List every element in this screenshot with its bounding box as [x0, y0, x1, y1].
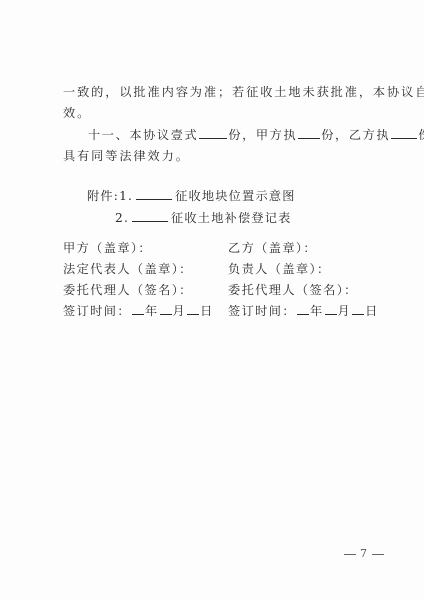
clause-prefix: 十一、本协议壹式: [88, 128, 198, 142]
attachment-title: 征收地块位置示意图: [175, 189, 296, 203]
clause-text: 份，: [418, 128, 424, 142]
copies-party-b-blank: [391, 127, 417, 139]
party-a-legal-representative: 法定代表人（盖章）：: [63, 261, 193, 277]
document-page: 一致的，以批准内容为准；若征收土地未获批准，本协议自动失 效。 十一、本协议壹式…: [0, 0, 424, 600]
attachments-label: 附件:: [87, 189, 119, 203]
paragraph-line-2: 效。: [63, 105, 91, 121]
year-blank: [132, 303, 144, 315]
clause-text: 具有同等法律效力。: [63, 149, 190, 163]
day-blank: [187, 303, 199, 315]
month-label: 月: [338, 304, 352, 318]
attachment-blank: [132, 210, 168, 222]
month-blank: [160, 303, 172, 315]
dash-left: [344, 554, 356, 555]
party-b-agent: 委托代理人（签名）：: [228, 282, 358, 298]
party-a-sign-date: 签订时间：年月日: [63, 303, 214, 319]
month-blank: [325, 303, 337, 315]
clause-eleven-line-1: 十一、本协议壹式份，甲方执份，乙方执份，: [88, 127, 424, 143]
page-number: 7: [340, 547, 388, 560]
day-label: 日: [200, 304, 214, 318]
paragraph-text: 效。: [63, 106, 91, 120]
month-label: 月: [173, 304, 187, 318]
party-a-seal: 甲方（盖章）：: [63, 240, 152, 256]
clause-text: 份，乙方执: [321, 128, 390, 142]
attachment-number: 1.: [119, 189, 133, 203]
copies-total-blank: [199, 127, 227, 139]
year-label: 年: [310, 304, 324, 318]
dash-right: [372, 554, 384, 555]
date-label: 签订时间：: [228, 304, 296, 318]
attachment-number: 2.: [115, 211, 129, 225]
date-label: 签订时间：: [63, 304, 131, 318]
attachment-title: 征收土地补偿登记表: [171, 211, 292, 225]
attachment-blank: [136, 188, 172, 200]
party-b-sign-date: 签订时间：年月日: [228, 303, 379, 319]
attachment-item-2: 2.征收土地补偿登记表: [115, 210, 292, 226]
day-blank: [352, 303, 364, 315]
paragraph-text: 一致的，以批准内容为准；若征收土地未获批准，本协议自动失: [63, 85, 424, 99]
attachment-item-1: 附件:1.征收地块位置示意图: [87, 188, 296, 204]
clause-eleven-line-2: 具有同等法律效力。: [63, 148, 190, 164]
year-blank: [297, 303, 309, 315]
party-b-seal: 乙方（盖章）：: [228, 240, 317, 256]
year-label: 年: [145, 304, 159, 318]
party-a-agent: 委托代理人（签名）：: [63, 282, 193, 298]
page-number-value: 7: [360, 547, 368, 560]
clause-text: 份，甲方执: [228, 128, 297, 142]
day-label: 日: [365, 304, 379, 318]
party-b-responsible-person: 负责人（盖章）：: [228, 261, 331, 277]
paragraph-line-1: 一致的，以批准内容为准；若征收土地未获批准，本协议自动失: [63, 84, 424, 100]
copies-party-a-blank: [298, 127, 320, 139]
